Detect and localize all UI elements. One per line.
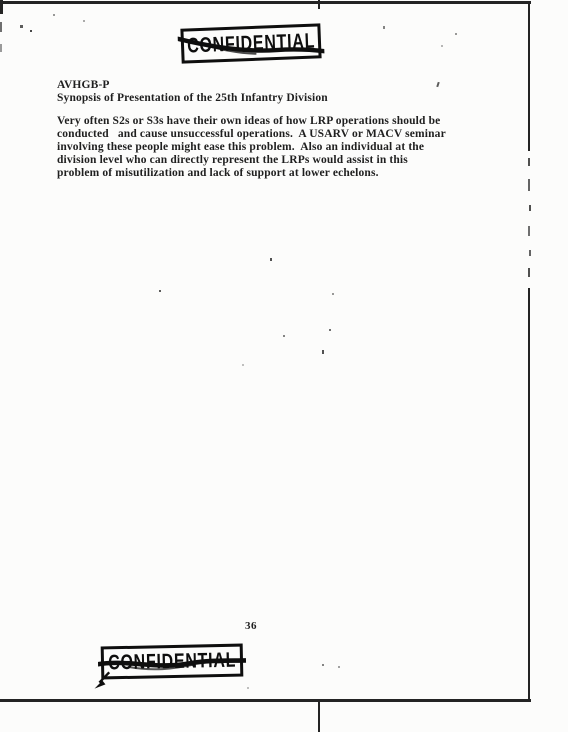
page-right-edge-line [528,3,530,151]
page-top-edge-line [0,1,531,4]
body-line: problem of misutilization and lack of su… [57,167,446,180]
body-line: conducted and cause unsuccessful operati… [57,128,446,141]
noise-speck [283,335,285,337]
noise-speck [338,666,340,668]
noise-speck [455,33,457,35]
noise-speck [83,20,85,22]
noise-speck [30,30,32,32]
page-number: 36 [245,620,257,632]
noise-speck [242,364,244,366]
office-symbol: AVHGB-P [57,79,328,92]
body-line: division level who can directly represen… [57,154,446,167]
page-right-edge-dash [528,179,530,191]
stamp-text: CONFIDENTIAL [187,31,316,57]
body-line: involving these people might ease this p… [57,141,446,154]
noise-speck [332,293,334,295]
fold-mark-top [318,0,320,9]
left-edge-mark [0,22,2,32]
document-header: AVHGB-P Synopsis of Presentation of the … [57,79,328,104]
noise-speck [270,258,272,261]
scanned-document-page: CONFIDENTIAL AVHGB-P Synopsis of Present… [0,0,568,732]
body-paragraph: Very often S2s or S3s have their own ide… [57,115,446,180]
page-right-edge-dash [528,268,530,277]
body-line: Very often S2s or S3s have their own ide… [57,115,446,128]
noise-speck [436,82,439,87]
confidential-stamp-bottom: CONFIDENTIAL [101,644,244,680]
page-right-edge-dash [529,250,531,256]
pen-arrow-icon [93,671,113,689]
page-right-edge-dash [528,158,530,166]
noise-speck [383,26,385,29]
noise-speck [159,290,161,292]
subject-line: Synopsis of Presentation of the 25th Inf… [57,92,328,105]
page-bottom-edge-line [0,699,531,702]
noise-speck [329,329,331,331]
stamp-text: CONFIDENTIAL [108,650,236,674]
noise-speck [441,45,443,47]
page-right-edge-dash [529,205,531,211]
noise-speck [20,25,23,28]
left-edge-mark [0,44,2,52]
confidential-stamp-top: CONFIDENTIAL [180,23,321,63]
fold-mark-bottom [318,702,320,732]
noise-speck [247,687,249,689]
left-edge-mark [0,0,3,14]
noise-speck [53,14,55,16]
noise-speck [322,350,324,354]
page-right-edge-line [528,288,530,701]
noise-speck [322,664,324,666]
page-right-edge-dash [528,226,530,236]
